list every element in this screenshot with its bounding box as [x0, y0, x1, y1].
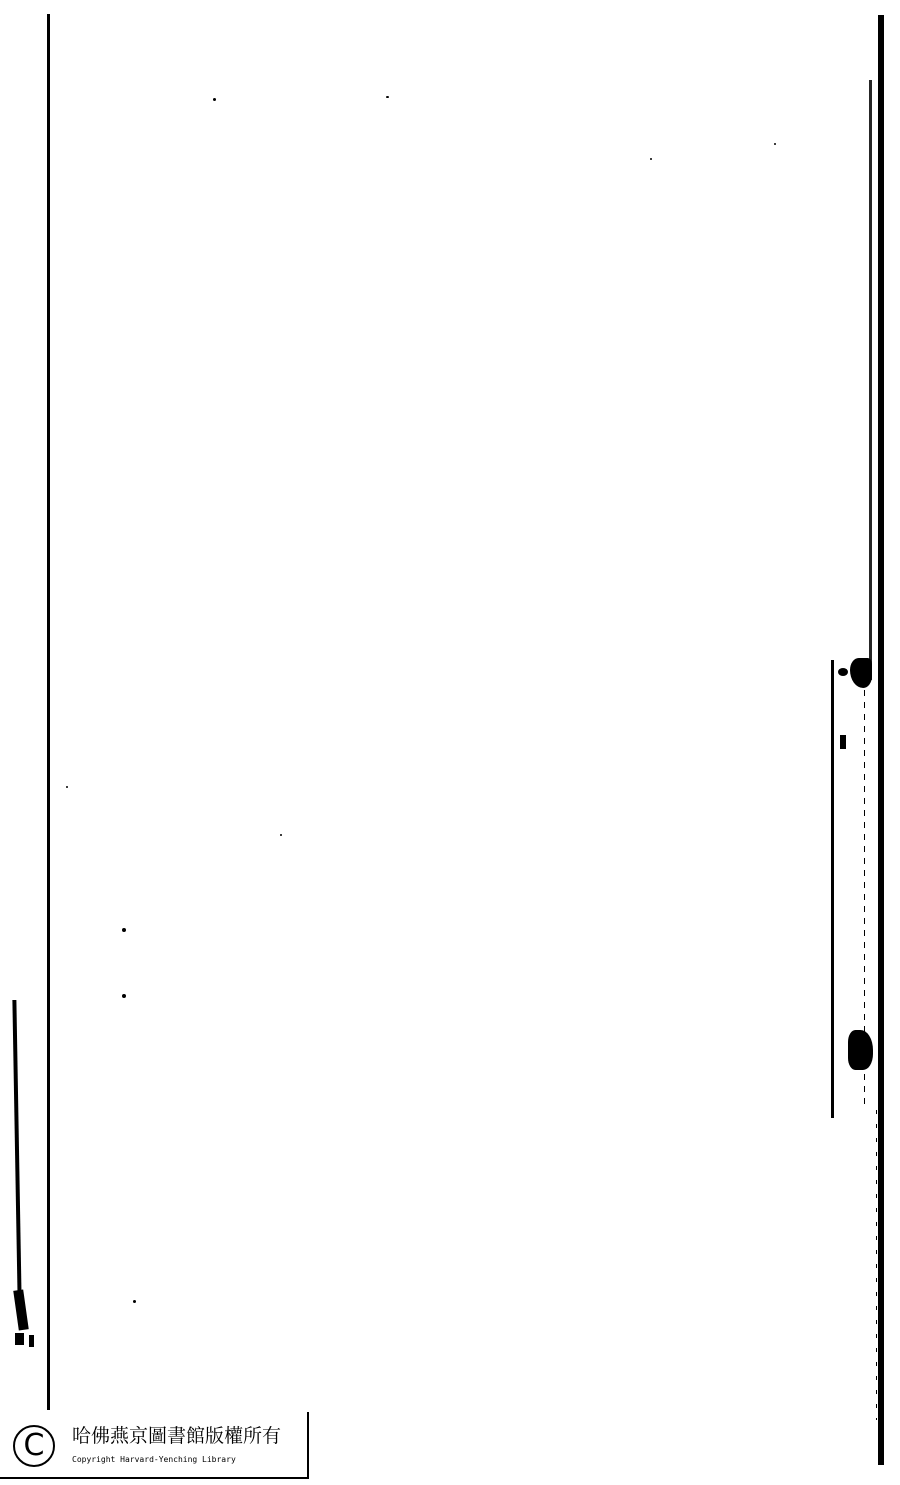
- ink-smudge: [840, 735, 846, 749]
- left-border-line: [47, 14, 50, 1410]
- ink-smudge: [13, 1289, 28, 1330]
- left-inner-stroke: [12, 1000, 21, 1300]
- speck: [133, 1300, 136, 1303]
- speck: [774, 143, 776, 145]
- ink-smudge: [15, 1333, 24, 1345]
- speck: [650, 158, 652, 160]
- right-lower-line: [831, 660, 834, 1118]
- scanned-page: C 哈佛燕京圖書館版權所有 Copyright Harvard-Yenching…: [0, 0, 900, 1485]
- right-outer-border-line: [878, 15, 884, 1465]
- right-inner-line: [869, 80, 872, 680]
- speck: [122, 994, 126, 998]
- right-faint-dashed-line: [876, 1110, 877, 1420]
- copyright-icon: C: [13, 1425, 55, 1467]
- speck: [280, 834, 282, 836]
- speck: [122, 928, 126, 932]
- speck: [213, 98, 216, 101]
- ink-smudge: [850, 658, 872, 688]
- ink-smudge: [848, 1030, 873, 1070]
- copyright-stamp: C 哈佛燕京圖書館版權所有 Copyright Harvard-Yenching…: [0, 1412, 309, 1479]
- ink-smudge: [838, 668, 848, 676]
- copyright-title: 哈佛燕京圖書館版權所有: [72, 1421, 304, 1448]
- ink-smudge: [29, 1335, 34, 1347]
- speck: [66, 786, 68, 788]
- copyright-subtitle: Copyright Harvard-Yenching Library: [72, 1455, 236, 1464]
- speck: [386, 96, 389, 98]
